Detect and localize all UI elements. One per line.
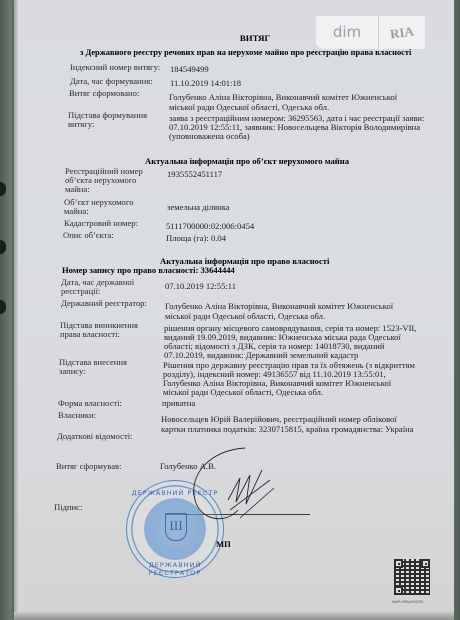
field-value-owners-line2: картки платника податків: 3230715815, кр… (161, 425, 414, 434)
signature-scribble (170, 440, 280, 530)
field-value-object-description: Площа (га): 0.04 (166, 234, 226, 243)
field-value-cadastral-number: 5111700000:02:006:0454 (166, 222, 254, 231)
field-value-formed-by-line2: міської ради Одеської області, Одеська о… (169, 103, 329, 112)
document-subtitle: з Державного реєстру речових прав на нер… (80, 48, 411, 57)
field-label-reg-number-line3: майна: (65, 185, 90, 194)
field-label-additional-info: Додаткові відомості: (57, 432, 133, 441)
field-label-owners: Власники: (58, 411, 96, 420)
qr-caption: ФФР-НЯА4УЗQЯО (392, 600, 423, 604)
field-label-extract-basis-line2: витягу: (68, 120, 94, 129)
qr-code (394, 559, 430, 595)
page-edge (14, 0, 18, 620)
page-bottom-edge (14, 612, 454, 620)
field-value-entry-basis-line4: міської ради Одеської області, Одеська о… (163, 388, 323, 397)
field-value-object: земельна ділянка (167, 203, 230, 212)
binder-hole (0, 300, 6, 314)
binder-hole (0, 240, 6, 254)
field-label-state-registrar: Державний реєстратор: (61, 299, 147, 308)
field-label-formed-by: Витяг сформовано: (69, 89, 139, 98)
field-label-entry-basis-line2: запису: (59, 367, 86, 376)
formed-by-label: Витяг сформував: (56, 462, 122, 471)
field-label-reg-datetime-line2: реєстрації: (61, 287, 100, 296)
field-label-cadastral-number: Кадастровий номер: (64, 219, 138, 228)
binder-hole (0, 182, 6, 196)
signature-label: Підпис: (54, 503, 82, 512)
field-value-ownership-basis-line4: 07.10.2019, видавник: Державний земельни… (164, 351, 358, 360)
field-value-extract-basis-line3: (уповноважена особа) (169, 132, 250, 141)
field-value-formation-datetime: 11.10.2019 14:01:18 (170, 79, 241, 88)
field-value-owners-line1: Новосельцев Юрій Валерійович, реєстрацій… (161, 415, 397, 424)
field-value-reg-number: 1935552451117 (167, 170, 222, 179)
dimria-watermark: dim RIA (316, 16, 425, 49)
seal-label: МП (216, 540, 231, 549)
field-label-extract-index: Індексний номер витягу: (70, 63, 160, 72)
field-label-object-line2: майна: (64, 207, 89, 216)
field-value-extract-index: 184549499 (170, 65, 209, 74)
watermark-dim: dim (316, 16, 379, 49)
field-value-state-registrar-line2: міської ради Одеської області, Одеська о… (165, 312, 325, 321)
stamp-bottom-text: ДЕРЖАВНИЙ РЕЄСТРАТОР (127, 561, 223, 577)
field-label-formation-datetime: Дата, час формування: (70, 77, 153, 86)
field-label-ownership-form: Форма власності: (58, 399, 122, 408)
field-value-reg-datetime: 07.10.2019 12:55:11 (165, 282, 236, 291)
ownership-record-number: Номер запису про право власності: 336444… (62, 266, 235, 275)
field-label-object-description: Опис об’єкта: (63, 231, 114, 240)
field-value-formed-by-line1: Голубенко Аліна Вікторівна, Виконавчий к… (169, 93, 397, 102)
field-label-ownership-basis-line2: права власності: (60, 330, 120, 339)
section-heading-object: Актуальна інформація про об’єкт нерухомо… (145, 157, 349, 166)
field-value-state-registrar-line1: Голубенко Аліна Вікторівна, Виконавчий к… (165, 302, 393, 311)
document-title: ВИТЯГ (0, 34, 460, 43)
field-value-ownership-form: приватна (162, 399, 195, 408)
